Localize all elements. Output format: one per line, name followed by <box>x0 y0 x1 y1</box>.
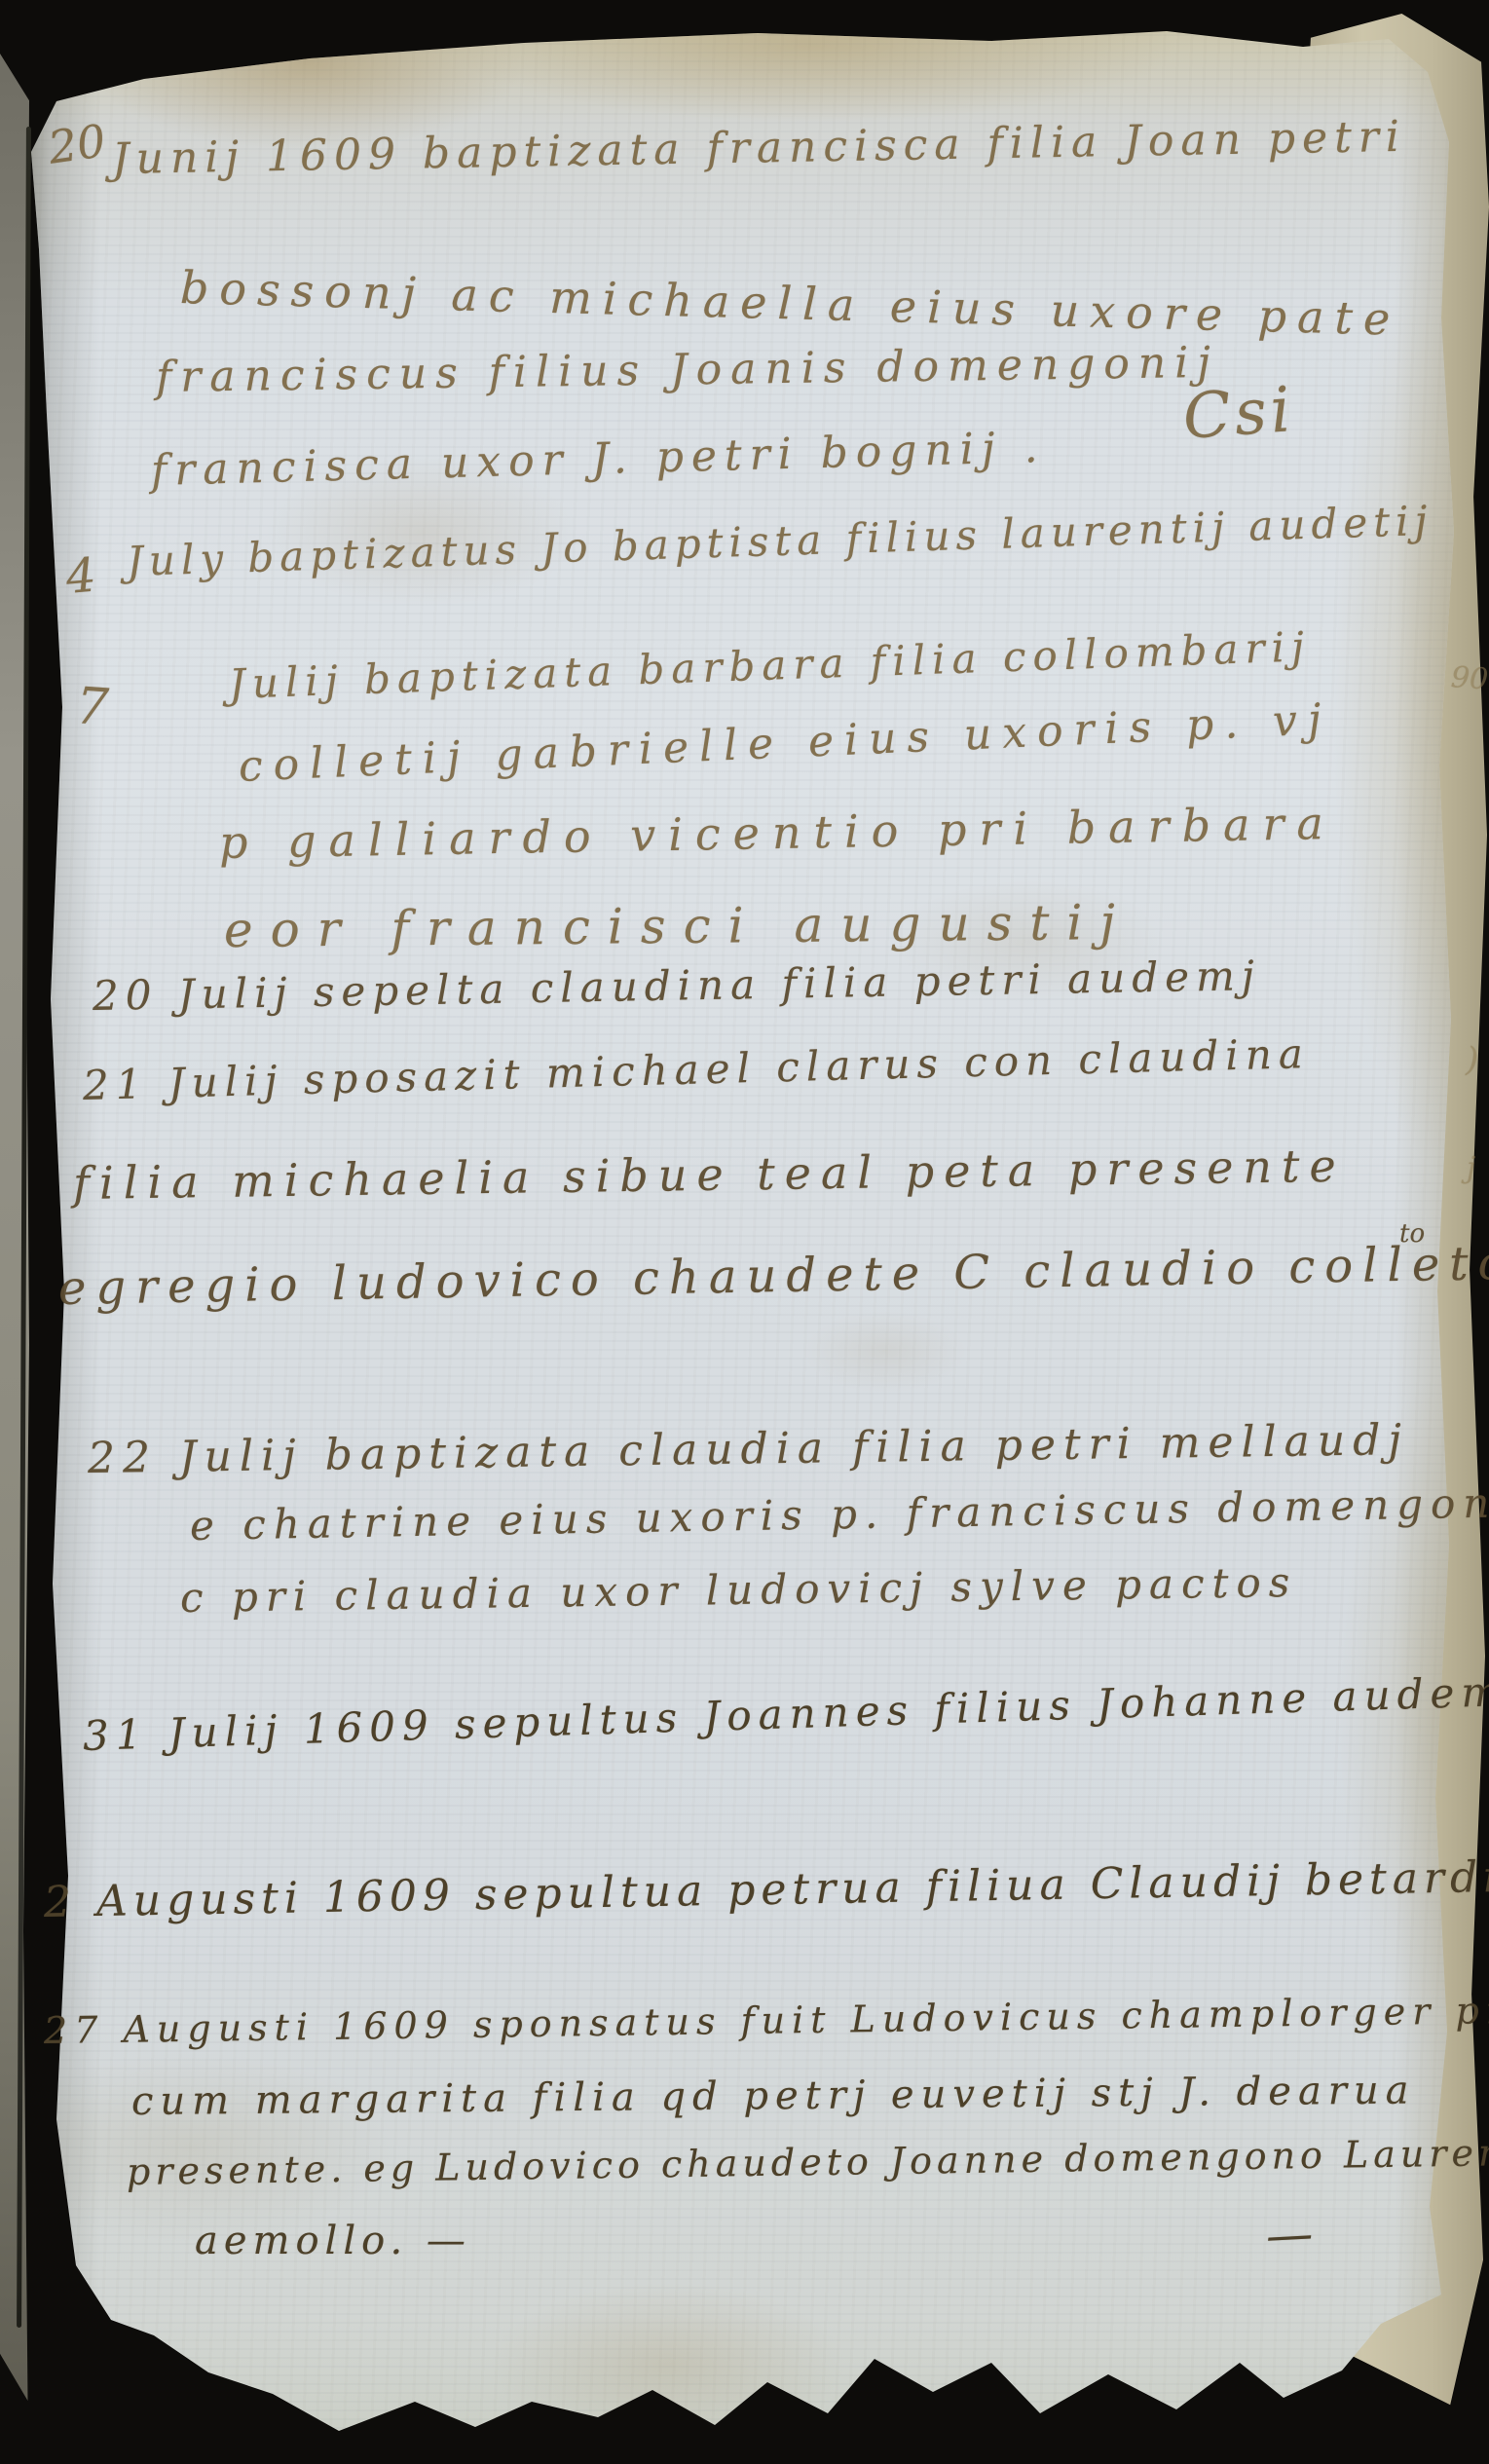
entry-9-end-dash: — <box>1265 2206 1317 2263</box>
entry-1-margin: 20 <box>45 114 108 174</box>
entry-5-superscript: to <box>1399 1219 1425 1249</box>
entry-1-flourish: Csi <box>1180 374 1296 454</box>
entry-9-line-4: aemollo. — <box>195 2219 471 2263</box>
manuscript-photo: 20 Junij 1609 baptizata francisca filia … <box>0 0 1489 2464</box>
entry-2-margin: 4 <box>64 547 98 604</box>
entry-3-margin: 7 <box>74 677 110 737</box>
marginal-mark-1: ) <box>1466 1040 1478 1079</box>
marginal-page-number: 90 <box>1450 660 1489 697</box>
marginal-mark-2: j <box>1467 1151 1475 1185</box>
entry-3-line-4: eor francisci augustij <box>224 894 1133 958</box>
